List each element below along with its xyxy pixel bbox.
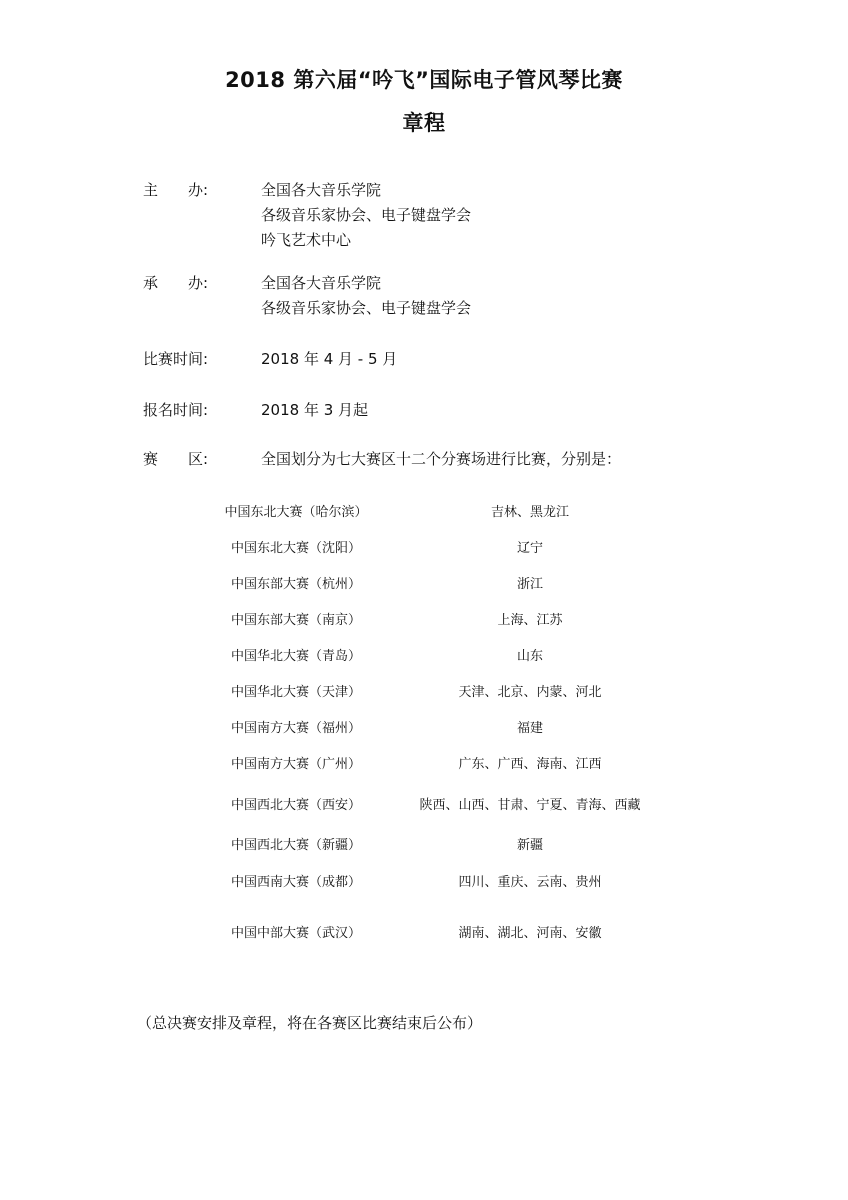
field-label-competition-time: 比赛时间: [143,348,208,369]
region-competition: 中国东部大赛（杭州） [196,573,396,592]
region-competition: 中国华北大赛（天津） [196,681,396,700]
region-provinces: 天津、北京、内蒙、河北 [370,681,690,700]
region-competition: 中国东部大赛（南京） [196,609,396,628]
region-competition: 中国西南大赛（成都） [196,871,396,890]
field-value-divisions: 全国划分为七大赛区十二个分赛场进行比赛，分别是： [261,448,621,469]
field-value-organizer-3: 吟飞艺术中心 [261,229,351,250]
field-value-host-2: 各级音乐家协会、电子键盘学会 [261,297,471,318]
document-subtitle: 章程 [0,107,848,137]
region-competition: 中国东北大赛（沈阳） [196,537,396,556]
region-competition: 中国华北大赛（青岛） [196,645,396,664]
region-provinces: 新疆 [370,834,690,853]
field-value-organizer-1: 全国各大音乐学院 [261,179,381,200]
field-label-divisions: 赛 区: [143,448,208,469]
region-competition: 中国南方大赛（广州） [196,753,396,772]
region-provinces: 四川、重庆、云南、贵州 [370,871,690,890]
region-competition: 中国西北大赛（新疆） [196,834,396,853]
field-value-competition-time: 2018 年 4 月 - 5 月 [261,348,397,369]
field-value-host-1: 全国各大音乐学院 [261,272,381,293]
field-value-organizer-2: 各级音乐家协会、电子键盘学会 [261,204,471,225]
region-provinces: 山东 [370,645,690,664]
region-competition: 中国西北大赛（西安） [196,794,396,813]
region-provinces: 辽宁 [370,537,690,556]
region-provinces: 浙江 [370,573,690,592]
field-label-registration-time: 报名时间: [143,399,208,420]
document-title: 2018 第六届“吟飞”国际电子管风琴比赛 [0,64,848,94]
region-competition: 中国中部大赛（武汉） [196,922,396,941]
region-provinces: 吉林、黑龙江 [370,501,690,520]
field-value-registration-time: 2018 年 3 月起 [261,399,368,420]
region-provinces: 上海、江苏 [370,609,690,628]
region-provinces: 广东、广西、海南、江西 [370,753,690,772]
final-note: （总决赛安排及章程，将在各赛区比赛结束后公布） [137,1012,482,1033]
region-provinces: 陕西、山西、甘肃、宁夏、青海、西藏 [370,794,690,813]
region-provinces: 湖南、湖北、河南、安徽 [370,922,690,941]
region-competition: 中国东北大赛（哈尔滨） [196,501,396,520]
region-provinces: 福建 [370,717,690,736]
field-label-host: 承 办: [143,272,208,293]
field-label-organizer: 主 办: [143,179,208,200]
region-competition: 中国南方大赛（福州） [196,717,396,736]
